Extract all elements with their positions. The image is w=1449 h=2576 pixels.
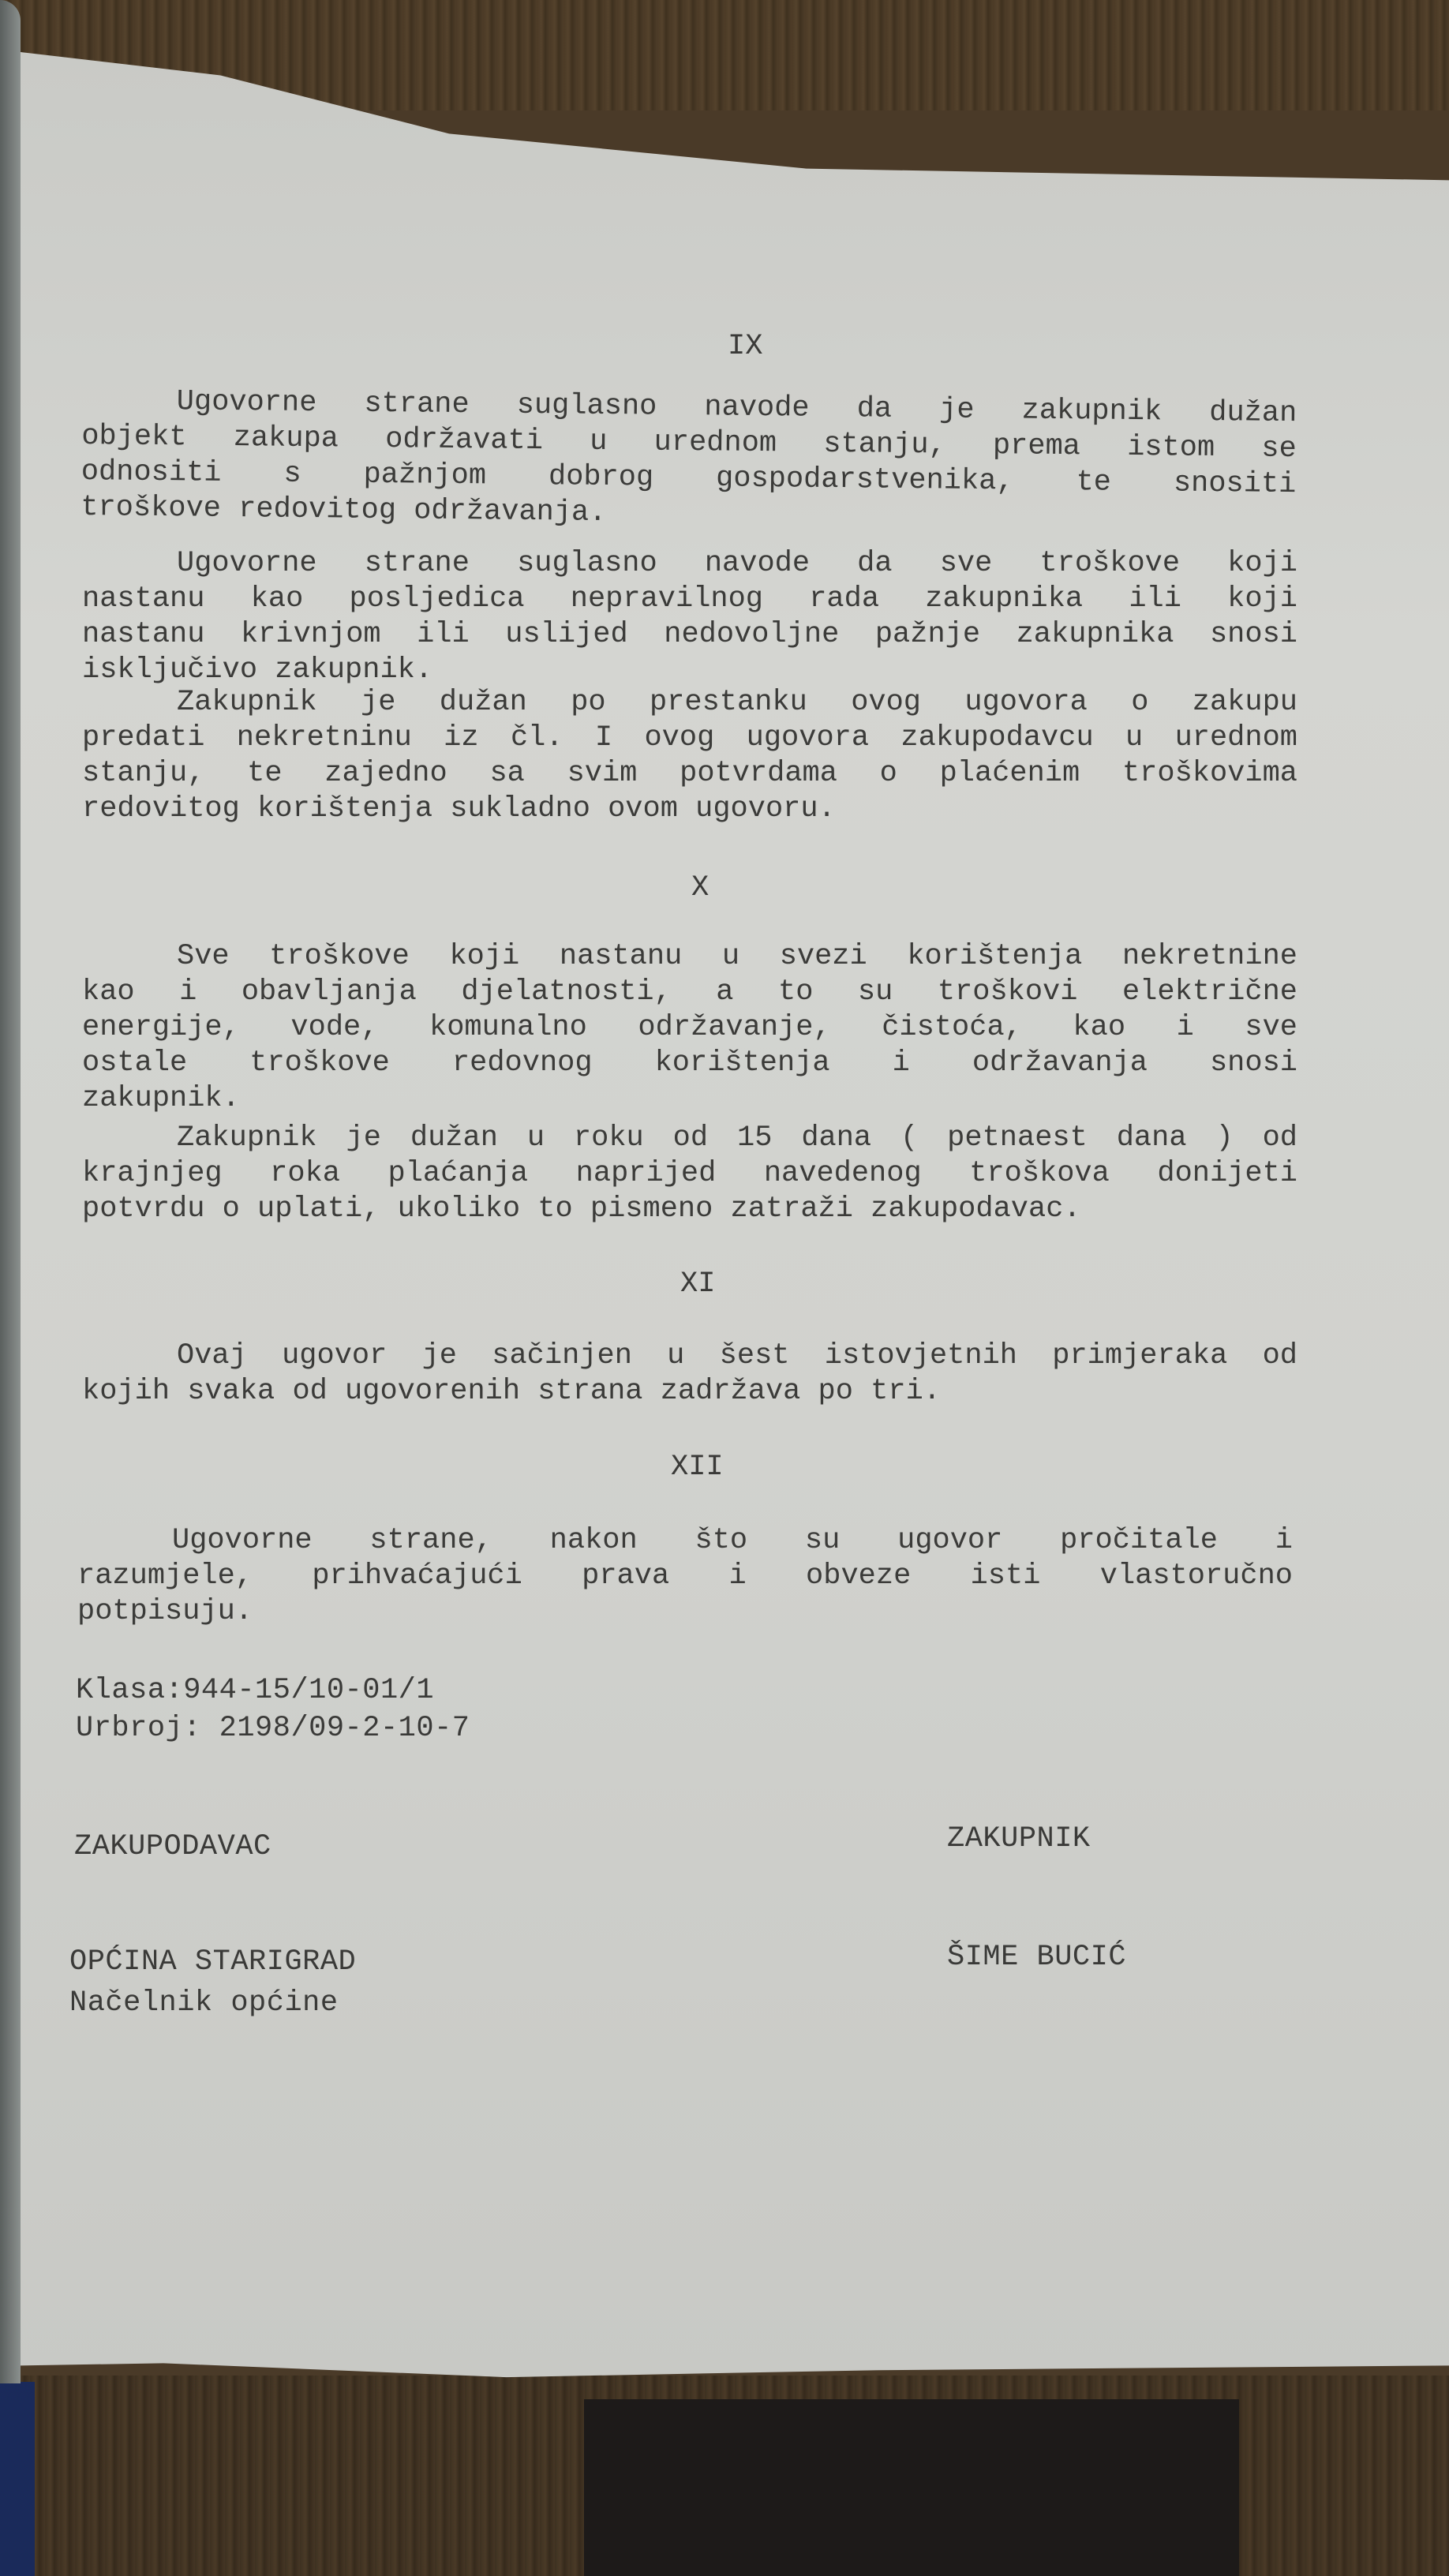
lessor-role: ZAKUPODAVAC — [74, 1829, 271, 1865]
text-line: krajnjeg roka plaćanja naprijed navedeno… — [82, 1156, 1297, 1192]
text-line: Sve troškove koji nastanu u svezi korišt… — [82, 939, 1297, 975]
section-heading-xii: XII — [671, 1451, 724, 1484]
page-stack-edge — [0, 0, 21, 2383]
text-line: stanju, te zajedno sa svim potvrdama o p… — [82, 756, 1297, 792]
section-ix-paragraph-2: Ugovorne strane suglasno navode da sve t… — [82, 546, 1297, 688]
dark-object — [584, 2399, 1239, 2576]
text-line: Zakupnik je dužan u roku od 15 dana ( pe… — [82, 1121, 1297, 1156]
section-xii-paragraph-1: Ugovorne strane, nakon što su ugovor pro… — [77, 1523, 1293, 1630]
text-line: potpisuju. — [77, 1594, 1293, 1630]
lessor-title: Načelnik općine — [69, 1986, 339, 2021]
text-line: Zakupnik je dužan po prestanku ovog ugov… — [82, 685, 1297, 721]
text-line: Ovaj ugovor je sačinjen u šest istovjetn… — [82, 1339, 1297, 1374]
text-line: predati nekretninu iz čl. I ovog ugovora… — [82, 721, 1297, 756]
text-line: energije, vode, komunalno održavanje, či… — [82, 1010, 1297, 1046]
text-line: Ugovorne strane suglasno navode da sve t… — [82, 546, 1297, 582]
lessee-name: ŠIME BUCIĆ — [947, 1940, 1126, 1975]
text-line: kao i obavljanja djelatnosti, a to su tr… — [82, 975, 1297, 1010]
section-x-paragraph-2: Zakupnik je dužan u roku od 15 dana ( pe… — [82, 1121, 1297, 1227]
section-heading-xi: XI — [680, 1267, 715, 1301]
section-ix-paragraph-3: Zakupnik je dužan po prestanku ovog ugov… — [82, 685, 1297, 827]
text-line: zakupnik. — [82, 1081, 1297, 1117]
lessee-role: ZAKUPNIK — [947, 1822, 1091, 1857]
blue-binder — [0, 2382, 35, 2576]
text-line: kojih svaka od ugovorenih strana zadržav… — [82, 1374, 1297, 1410]
lessor-name: OPĆINA STARIGRAD — [69, 1945, 356, 1980]
text-line: razumjele, prihvaćajući prava i obveze i… — [77, 1559, 1293, 1594]
section-heading-ix: IX — [728, 330, 762, 363]
section-ix-paragraph-1: Ugovorne strane suglasno navode da je za… — [80, 384, 1297, 538]
text-line: ostale troškove redovnog korištenja i od… — [82, 1046, 1297, 1081]
text-line: redovitog korištenja sukladno ovom ugovo… — [82, 792, 1297, 827]
section-heading-x: X — [691, 871, 709, 904]
section-xi-paragraph-1: Ovaj ugovor je sačinjen u šest istovjetn… — [82, 1339, 1297, 1410]
text-line: potvrdu o uplati, ukoliko to pismeno zat… — [82, 1192, 1297, 1227]
klasa-reference: Klasa:944-15/10-01/1 — [76, 1673, 434, 1709]
text-line: nastanu krivnjom ili uslijed nedovoljne … — [82, 617, 1297, 653]
text-line: Ugovorne strane, nakon što su ugovor pro… — [77, 1523, 1293, 1559]
text-line: isključivo zakupnik. — [82, 653, 1297, 688]
urbroj-reference: Urbroj: 2198/09-2-10-7 — [76, 1711, 470, 1747]
section-x-paragraph-1: Sve troškove koji nastanu u svezi korišt… — [82, 939, 1297, 1117]
text-line: nastanu kao posljedica nepravilnog rada … — [82, 582, 1297, 617]
